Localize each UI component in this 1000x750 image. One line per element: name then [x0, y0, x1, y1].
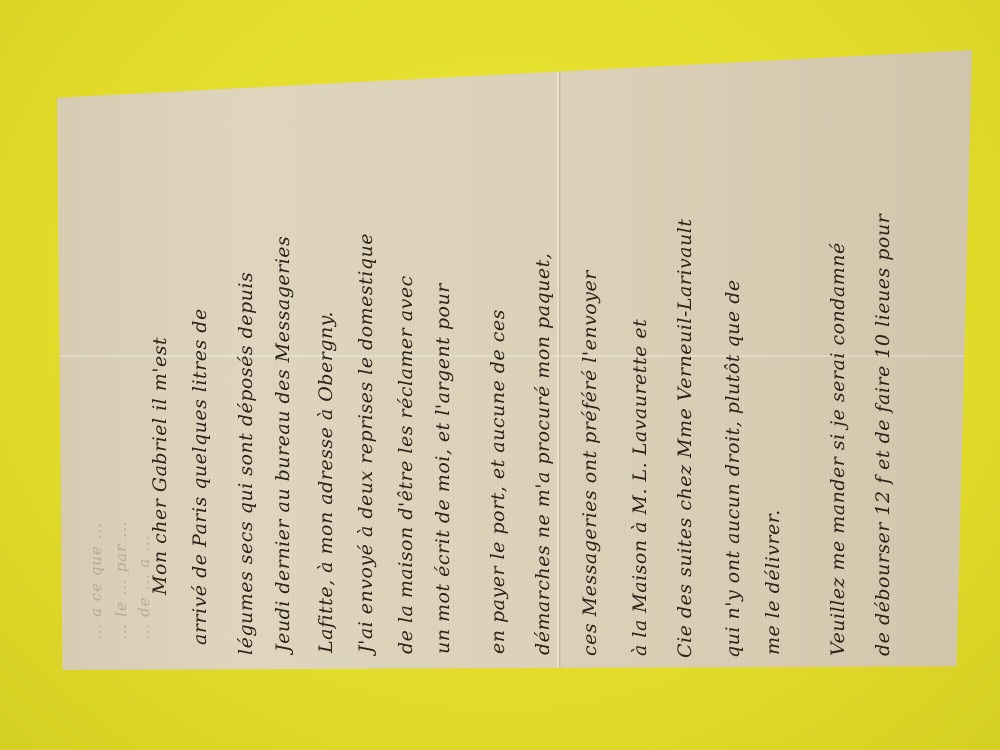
letter-line: Veuillez me mander si je serai condamné [827, 64, 849, 656]
bleed-through-text: ... a ce que ... [87, 120, 105, 640]
letter-paper: ... a ce que ... ... le ... par ... ... … [57, 50, 972, 670]
letter-line: Mon cher Gabriel il m'est [149, 110, 171, 595]
letter-line: de débourser 12 f et de faire 10 lieues … [872, 60, 894, 656]
letter-line: en payer le port, et aucune de ces [487, 84, 509, 654]
letter-line: à la Maison à M. L. Lavaurette et [629, 74, 651, 656]
paper-fold-vertical [557, 50, 559, 670]
letter-line: Jeudi dernier au bureau des Messageries [272, 92, 294, 652]
letter-line: qui n'y ont aucun droit, plutôt que de [722, 72, 744, 658]
letter-line: légumes secs qui sont déposés depuis [235, 95, 257, 655]
letter-line: me le délivrer. [762, 430, 784, 655]
letter-line: Cie des suites chez Mme Verneuil-Larivau… [674, 70, 696, 658]
letter-line: J'ai envoyé à deux reprises le domestiqu… [355, 88, 377, 653]
letter-line: Lafitte, à mon adresse à Obergny. [315, 105, 337, 653]
letter-line: un mot écrit de moi, et l'argent pour [432, 84, 454, 654]
letter-line: arrivé de Paris quelques litres de [189, 105, 211, 645]
letter-line: de la maison d'être les réclamer avec [395, 86, 417, 654]
letter-line: démarches ne m'a procuré mon paquet, [532, 80, 554, 655]
letter-line: ces Messageries ont préféré l'envoyer [579, 76, 601, 656]
bleed-through-text: ... le ... par ... [112, 140, 130, 640]
